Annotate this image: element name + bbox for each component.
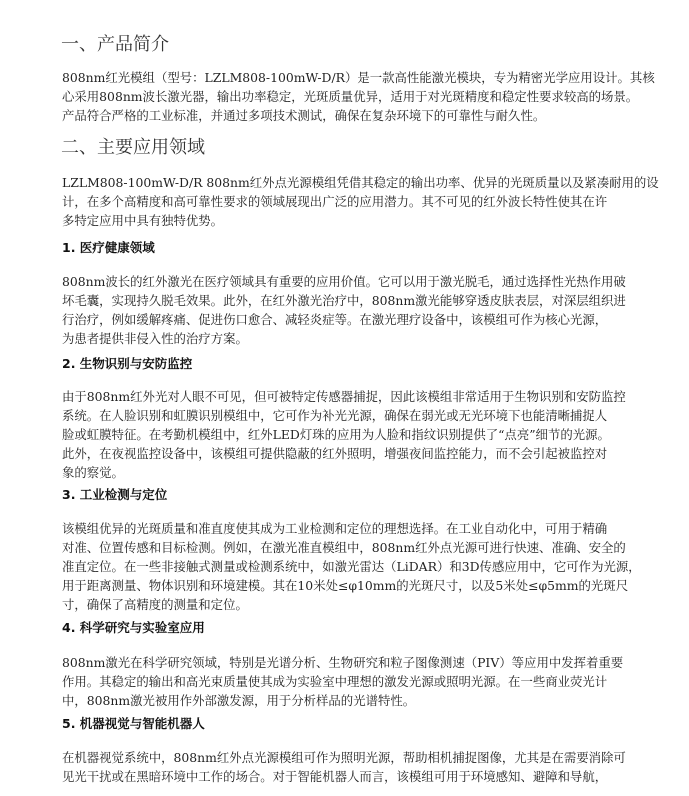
paragraph-line: 心采用808nm波长激光器，输出功率稳定，光斑质量优异，适用于对光斑精度和稳定性… [62, 87, 655, 106]
applications-intro-paragraph: LZLM808-100mW-D/R 808nm红外点光源模组凭借其稳定的输出功率… [62, 173, 659, 230]
paragraph-line: 准直定位。在一些非接触式测量或检测系统中，如激光雷达（LiDAR）和3D传感应用… [62, 557, 641, 576]
paragraph-line: 象的察觉。 [62, 463, 626, 482]
paragraph-line: 中，808nm激光被用作外部激发源，用于分析样品的光谱特性。 [62, 691, 623, 710]
subsection-heading-research: 4. 科学研究与实验室应用 [62, 619, 205, 637]
section-heading-product-intro: 一、产品简介 [61, 34, 169, 56]
medical-paragraph: 808nm波长的红外激光在医疗领域具有重要的应用价值。它可以用于激光脱毛，通过选… [62, 272, 626, 348]
subsection-heading-machine-vision: 5. 机器视觉与智能机器人 [62, 715, 205, 733]
biometrics-paragraph: 由于808nm红外光对人眼不可见，但可被特定传感器捕捉，因此该模组非常适用于生物… [62, 387, 626, 482]
paragraph-line: 坏毛囊，实现持久脱毛效果。此外，在红外激光治疗中，808nm激光能够穿透皮肤表层… [62, 291, 626, 310]
paragraph-line: 多特定应用中具有独特优势。 [62, 211, 659, 230]
paragraph-line: 由于808nm红外光对人眼不可见，但可被特定传感器捕捉，因此该模组非常适用于生物… [62, 387, 626, 406]
paragraph-line: 对准、位置传感和目标检测。例如，在激光准直模组中，808nm红外点光源可进行快速… [62, 538, 641, 557]
paragraph-line: 用于距离测量、物体识别和环境建模。其在10米处≤φ10mm的光斑尺寸，以及5米处… [62, 576, 641, 595]
product-intro-paragraph: 808nm红光模组（型号：LZLM808-100mW-D/R）是一款高性能激光模… [62, 68, 655, 125]
paragraph-line: 见光干扰或在黑暗环境中工作的场合。对于智能机器人而言，该模组可用于环境感知、避障… [62, 767, 626, 786]
machine-vision-paragraph: 在机器视觉系统中，808nm红外点光源模组可作为照明光源，帮助相机捕捉图像，尤其… [62, 748, 626, 786]
paragraph-line: 此外，在夜视监控设备中，该模组可提供隐蔽的红外照明，增强夜间监控能力，而不会引起… [62, 444, 626, 463]
paragraph-line: 计，在多个高精度和高可靠性要求的领域展现出广泛的应用潜力。其不可见的红外波长特性… [62, 192, 659, 211]
research-paragraph: 808nm激光在科学研究领域，特别是光谱分析、生物研究和粒子图像测速（PIV）等… [62, 653, 623, 710]
paragraph-line: 行治疗，例如缓解疼痛、促进伤口愈合、减轻炎症等。在激光理疗设备中，该模组可作为核… [62, 310, 626, 329]
paragraph-line: 808nm激光在科学研究领域，特别是光谱分析、生物研究和粒子图像测速（PIV）等… [62, 653, 623, 672]
paragraph-line: 系统。在人脸识别和虹膜识别模组中，它可作为补光光源，确保在弱光或无光环境下也能清… [62, 406, 626, 425]
paragraph-line: 作用。其稳定的输出和高光束质量使其成为实验室中理想的激发光源或照明光源。在一些商… [62, 672, 623, 691]
paragraph-line: 脸或虹膜特征。在考勤机模组中，红外LED灯珠的应用为人脸和指纹识别提供了“点亮”… [62, 425, 626, 444]
paragraph-line: 808nm红光模组（型号：LZLM808-100mW-D/R）是一款高性能激光模… [62, 68, 655, 87]
subsection-heading-industrial: 3. 工业检测与定位 [62, 486, 167, 504]
paragraph-line: 寸，确保了高精度的测量和定位。 [62, 595, 641, 614]
subsection-heading-biometrics-security: 2. 生物识别与安防监控 [62, 355, 192, 373]
section-heading-applications: 二、主要应用领域 [61, 137, 205, 159]
industrial-paragraph: 该模组优异的光斑质量和准直度使其成为工业检测和定位的理想选择。在工业自动化中，可… [62, 519, 641, 614]
subsection-heading-medical: 1. 医疗健康领域 [62, 239, 155, 257]
paragraph-line: 为患者提供非侵入性的治疗方案。 [62, 329, 626, 348]
paragraph-line: 产品符合严格的工业标准，并通过多项技术测试，确保在复杂环境下的可靠性与耐久性。 [62, 106, 655, 125]
paragraph-line: LZLM808-100mW-D/R 808nm红外点光源模组凭借其稳定的输出功率… [62, 173, 659, 192]
document-page: 一、产品简介 808nm红光模组（型号：LZLM808-100mW-D/R）是一… [0, 0, 689, 796]
paragraph-line: 808nm波长的红外激光在医疗领域具有重要的应用价值。它可以用于激光脱毛，通过选… [62, 272, 626, 291]
paragraph-line: 该模组优异的光斑质量和准直度使其成为工业检测和定位的理想选择。在工业自动化中，可… [62, 519, 641, 538]
paragraph-line: 在机器视觉系统中，808nm红外点光源模组可作为照明光源，帮助相机捕捉图像，尤其… [62, 748, 626, 767]
